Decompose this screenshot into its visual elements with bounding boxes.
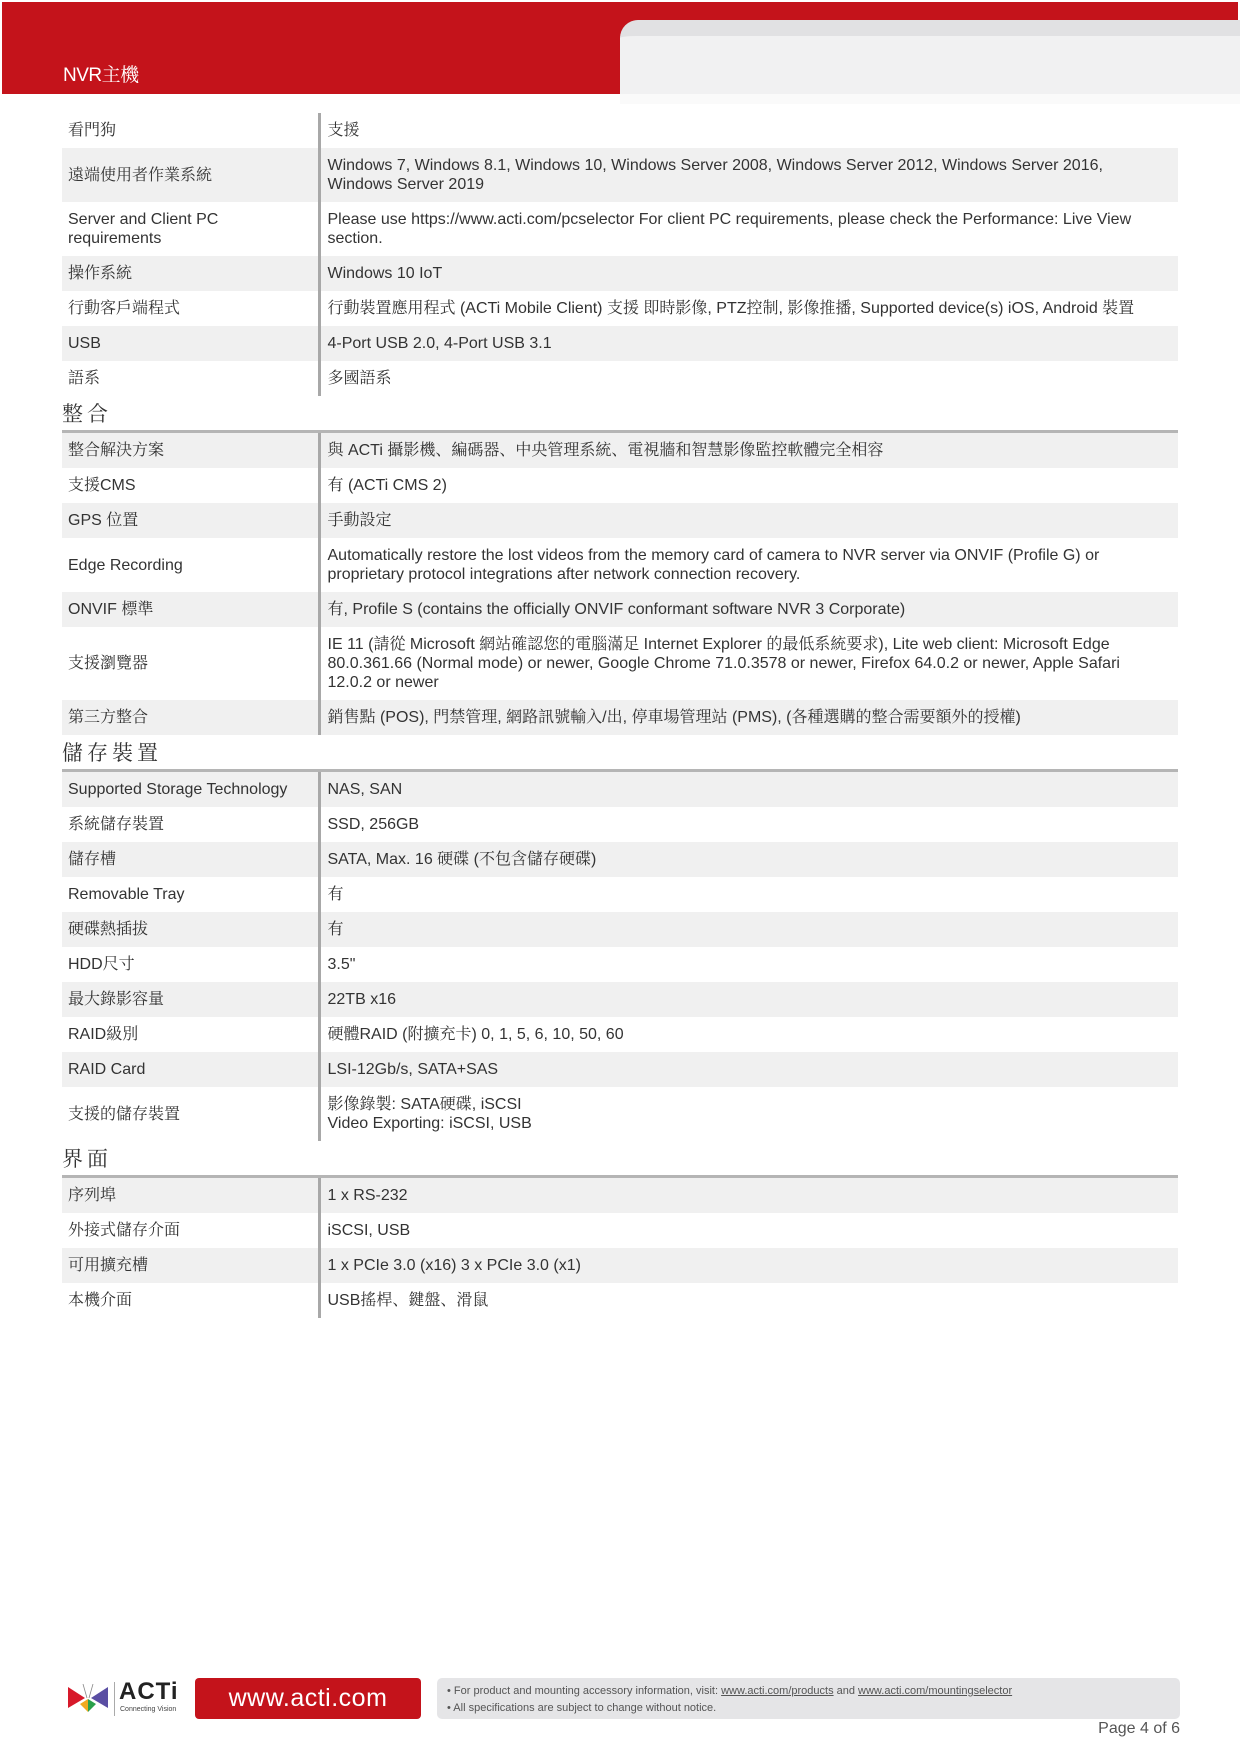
- spec-value: 支援: [319, 113, 1178, 148]
- note-text: and: [834, 1685, 858, 1697]
- spec-value: Please use https://www.acti.com/pcselect…: [319, 202, 1178, 256]
- spec-value-line: Windows 10 IoT: [328, 264, 1173, 283]
- spec-value: 行動裝置應用程式 (ACTi Mobile Client) 支援 即時影像, P…: [319, 291, 1178, 326]
- spec-value-line: 有, Profile S (contains the officially ON…: [328, 600, 1173, 619]
- website-button[interactable]: www.acti.com: [195, 1678, 421, 1719]
- spec-table: 序列埠1 x RS-232外接式儲存介面iSCSI, USB可用擴充槽1 x P…: [62, 1178, 1178, 1318]
- spec-key: 硬碟熱插拔: [62, 912, 319, 947]
- spec-value-line: 手動設定: [328, 511, 1173, 530]
- spec-key: USB: [62, 326, 319, 361]
- spec-key: Edge Recording: [62, 538, 319, 592]
- spec-row: 可用擴充槽1 x PCIe 3.0 (x16) 3 x PCIe 3.0 (x1…: [62, 1248, 1178, 1283]
- spec-value-line: 影像錄製: SATA硬碟, iSCSI: [328, 1095, 1173, 1114]
- spec-value: iSCSI, USB: [319, 1213, 1178, 1248]
- spec-key: 整合解決方案: [62, 433, 319, 468]
- spec-value: 硬體RAID (附擴充卡) 0, 1, 5, 6, 10, 50, 60: [319, 1017, 1178, 1052]
- spec-value-line: section.: [328, 229, 1173, 248]
- header-fade: [620, 94, 1240, 104]
- spec-row: RAID CardLSI-12Gb/s, SATA+SAS: [62, 1052, 1178, 1087]
- spec-key: 本機介面: [62, 1283, 319, 1318]
- spec-key: 系統儲存裝置: [62, 807, 319, 842]
- spec-value: 有: [319, 877, 1178, 912]
- logo-separator: [114, 1682, 115, 1716]
- spec-key: Removable Tray: [62, 877, 319, 912]
- spec-value: 有: [319, 912, 1178, 947]
- spec-row: 本機介面USB搖桿、鍵盤、滑鼠: [62, 1283, 1178, 1318]
- spec-key: 看門狗: [62, 113, 319, 148]
- spec-value: Windows 7, Windows 8.1, Windows 10, Wind…: [319, 148, 1178, 202]
- footer-notes: • For product and mounting accessory inf…: [437, 1678, 1180, 1719]
- spec-row: HDD尺寸3.5": [62, 947, 1178, 982]
- spec-value-line: Windows Server 2019: [328, 175, 1173, 194]
- spec-value-line: 4-Port USB 2.0, 4-Port USB 3.1: [328, 334, 1173, 353]
- page-footer: ACTi Connecting Vision www.acti.com • Fo…: [0, 1670, 1240, 1755]
- spec-value-line: Video Exporting: iSCSI, USB: [328, 1114, 1173, 1133]
- spec-value-line: 支援: [328, 121, 1173, 140]
- spec-row: 整合解決方案與 ACTi 攝影機、編碼器、中央管理系統、電視牆和智慧影像監控軟體…: [62, 433, 1178, 468]
- spec-key: 行動客戶端程式: [62, 291, 319, 326]
- spec-value-line: iSCSI, USB: [328, 1221, 1173, 1240]
- logo-tagline: Connecting Vision: [120, 1706, 176, 1713]
- spec-value-line: SATA, Max. 16 硬碟 (不包含儲存硬碟): [328, 850, 1173, 869]
- spec-row: 序列埠1 x RS-232: [62, 1178, 1178, 1213]
- spec-row: 遠端使用者作業系統Windows 7, Windows 8.1, Windows…: [62, 148, 1178, 202]
- spec-row: ONVIF 標準有, Profile S (contains the offic…: [62, 592, 1178, 627]
- spec-value-line: IE 11 (請從 Microsoft 網站確認您的電腦滿足 Internet …: [328, 635, 1173, 654]
- spec-value: 手動設定: [319, 503, 1178, 538]
- spec-value: 1 x RS-232: [319, 1178, 1178, 1213]
- spec-key: ONVIF 標準: [62, 592, 319, 627]
- spec-key: 遠端使用者作業系統: [62, 148, 319, 202]
- spec-row: Edge RecordingAutomatically restore the …: [62, 538, 1178, 592]
- spec-row: 儲存槽SATA, Max. 16 硬碟 (不包含儲存硬碟): [62, 842, 1178, 877]
- spec-value-line: Please use https://www.acti.com/pcselect…: [328, 210, 1173, 229]
- spec-row: Removable Tray有: [62, 877, 1178, 912]
- spec-key: GPS 位置: [62, 503, 319, 538]
- spec-row: 最大錄影容量22TB x16: [62, 982, 1178, 1017]
- logo-brand: ACTi: [119, 1678, 179, 1706]
- spec-value-line: 有 (ACTi CMS 2): [328, 476, 1173, 495]
- spec-row: 行動客戶端程式行動裝置應用程式 (ACTi Mobile Client) 支援 …: [62, 291, 1178, 326]
- spec-row: 語系多國語系: [62, 361, 1178, 396]
- spec-value: IE 11 (請從 Microsoft 網站確認您的電腦滿足 Internet …: [319, 627, 1178, 700]
- spec-row: 外接式儲存介面iSCSI, USB: [62, 1213, 1178, 1248]
- spec-row: Supported Storage TechnologyNAS, SAN: [62, 772, 1178, 807]
- spec-value: 多國語系: [319, 361, 1178, 396]
- spec-row: GPS 位置手動設定: [62, 503, 1178, 538]
- spec-value-line: 銷售點 (POS), 門禁管理, 網路訊號輸入/出, 停車場管理站 (PMS),…: [328, 708, 1173, 727]
- spec-row: 支援CMS有 (ACTi CMS 2): [62, 468, 1178, 503]
- spec-value-line: 22TB x16: [328, 990, 1173, 1009]
- spec-value-line: NAS, SAN: [328, 780, 1173, 799]
- spec-key: 第三方整合: [62, 700, 319, 735]
- spec-row: Server and Client PC requirementsPlease …: [62, 202, 1178, 256]
- spec-key: RAID Card: [62, 1052, 319, 1087]
- spec-row: 第三方整合銷售點 (POS), 門禁管理, 網路訊號輸入/出, 停車場管理站 (…: [62, 700, 1178, 735]
- spec-value-line: 行動裝置應用程式 (ACTi Mobile Client) 支援 即時影像, P…: [328, 299, 1173, 318]
- spec-row: 支援瀏覽器IE 11 (請從 Microsoft 網站確認您的電腦滿足 Inte…: [62, 627, 1178, 700]
- spec-row: 系統儲存裝置SSD, 256GB: [62, 807, 1178, 842]
- acti-logo: ACTi Connecting Vision: [68, 1678, 188, 1718]
- spec-value-line: 80.0.361.66 (Normal mode) or newer, Goog…: [328, 654, 1173, 673]
- spec-key: RAID級別: [62, 1017, 319, 1052]
- spec-key: 儲存槽: [62, 842, 319, 877]
- spec-key: 支援的儲存裝置: [62, 1087, 319, 1141]
- spec-row: 操作系統Windows 10 IoT: [62, 256, 1178, 291]
- spec-value: LSI-12Gb/s, SATA+SAS: [319, 1052, 1178, 1087]
- spec-row: 支援的儲存裝置影像錄製: SATA硬碟, iSCSIVideo Exportin…: [62, 1087, 1178, 1141]
- spec-row: USB4-Port USB 2.0, 4-Port USB 3.1: [62, 326, 1178, 361]
- note-spec-change: • All specifications are subject to chan…: [447, 1700, 1170, 1717]
- section-title: 界面: [62, 1141, 1178, 1175]
- spec-value: 1 x PCIe 3.0 (x16) 3 x PCIe 3.0 (x1): [319, 1248, 1178, 1283]
- spec-key: 操作系統: [62, 256, 319, 291]
- page-number: Page 4 of 6: [1098, 1720, 1180, 1738]
- spec-value-line: 與 ACTi 攝影機、編碼器、中央管理系統、電視牆和智慧影像監控軟體完全相容: [328, 441, 1173, 460]
- spec-row: 硬碟熱插拔有: [62, 912, 1178, 947]
- spec-value-line: 12.0.2 or newer: [328, 673, 1173, 692]
- spec-value: USB搖桿、鍵盤、滑鼠: [319, 1283, 1178, 1318]
- section-title: 整合: [62, 396, 1178, 430]
- page-header: NVR主機: [0, 0, 1240, 108]
- spec-value-line: 多國語系: [328, 369, 1173, 388]
- spec-value: 銷售點 (POS), 門禁管理, 網路訊號輸入/出, 停車場管理站 (PMS),…: [319, 700, 1178, 735]
- spec-value: 22TB x16: [319, 982, 1178, 1017]
- spec-table: Supported Storage TechnologyNAS, SAN系統儲存…: [62, 772, 1178, 1141]
- spec-key: 最大錄影容量: [62, 982, 319, 1017]
- spec-value-line: LSI-12Gb/s, SATA+SAS: [328, 1060, 1173, 1079]
- spec-value-line: 有: [328, 920, 1173, 939]
- spec-value-line: SSD, 256GB: [328, 815, 1173, 834]
- spec-value-line: 1 x RS-232: [328, 1186, 1173, 1205]
- spec-key: 可用擴充槽: [62, 1248, 319, 1283]
- spec-value: 4-Port USB 2.0, 4-Port USB 3.1: [319, 326, 1178, 361]
- spec-value-line: Windows 7, Windows 8.1, Windows 10, Wind…: [328, 156, 1173, 175]
- spec-row: 看門狗支援: [62, 113, 1178, 148]
- spec-key: Supported Storage Technology: [62, 772, 319, 807]
- products-link[interactable]: www.acti.com/products: [721, 1685, 833, 1697]
- page-title: NVR主機: [63, 60, 139, 87]
- spec-value: NAS, SAN: [319, 772, 1178, 807]
- spec-key: 外接式儲存介面: [62, 1213, 319, 1248]
- spec-value: 與 ACTi 攝影機、編碼器、中央管理系統、電視牆和智慧影像監控軟體完全相容: [319, 433, 1178, 468]
- spec-key: 支援瀏覽器: [62, 627, 319, 700]
- header-grey-tab: [620, 20, 1240, 94]
- note-product-info: • For product and mounting accessory inf…: [447, 1683, 1170, 1700]
- butterfly-logo-icon: [68, 1684, 108, 1714]
- spec-value-line: 1 x PCIe 3.0 (x16) 3 x PCIe 3.0 (x1): [328, 1256, 1173, 1275]
- spec-row: RAID級別硬體RAID (附擴充卡) 0, 1, 5, 6, 10, 50, …: [62, 1017, 1178, 1052]
- note-text: • For product and mounting accessory inf…: [447, 1685, 721, 1697]
- spec-value: 影像錄製: SATA硬碟, iSCSIVideo Exporting: iSCS…: [319, 1087, 1178, 1141]
- spec-table: 看門狗支援遠端使用者作業系統Windows 7, Windows 8.1, Wi…: [62, 113, 1178, 396]
- spec-value-line: USB搖桿、鍵盤、滑鼠: [328, 1291, 1173, 1310]
- spec-value: 有, Profile S (contains the officially ON…: [319, 592, 1178, 627]
- spec-value: SATA, Max. 16 硬碟 (不包含儲存硬碟): [319, 842, 1178, 877]
- spec-key: 支援CMS: [62, 468, 319, 503]
- spec-value: Windows 10 IoT: [319, 256, 1178, 291]
- spec-key: 序列埠: [62, 1178, 319, 1213]
- spec-value: 有 (ACTi CMS 2): [319, 468, 1178, 503]
- mountingselector-link[interactable]: www.acti.com/mountingselector: [858, 1685, 1012, 1697]
- spec-value: 3.5": [319, 947, 1178, 982]
- spec-value-line: 有: [328, 885, 1173, 904]
- spec-key: 語系: [62, 361, 319, 396]
- spec-content: 看門狗支援遠端使用者作業系統Windows 7, Windows 8.1, Wi…: [62, 113, 1178, 1318]
- spec-value: Automatically restore the lost videos fr…: [319, 538, 1178, 592]
- spec-value-line: 3.5": [328, 955, 1173, 974]
- section-title: 儲存裝置: [62, 735, 1178, 769]
- spec-table: 整合解決方案與 ACTi 攝影機、編碼器、中央管理系統、電視牆和智慧影像監控軟體…: [62, 433, 1178, 735]
- spec-value: SSD, 256GB: [319, 807, 1178, 842]
- spec-value-line: 硬體RAID (附擴充卡) 0, 1, 5, 6, 10, 50, 60: [328, 1025, 1173, 1044]
- spec-key: Server and Client PC requirements: [62, 202, 319, 256]
- spec-value-line: proprietary protocol integrations after …: [328, 565, 1173, 584]
- spec-value-line: Automatically restore the lost videos fr…: [328, 546, 1173, 565]
- spec-key: HDD尺寸: [62, 947, 319, 982]
